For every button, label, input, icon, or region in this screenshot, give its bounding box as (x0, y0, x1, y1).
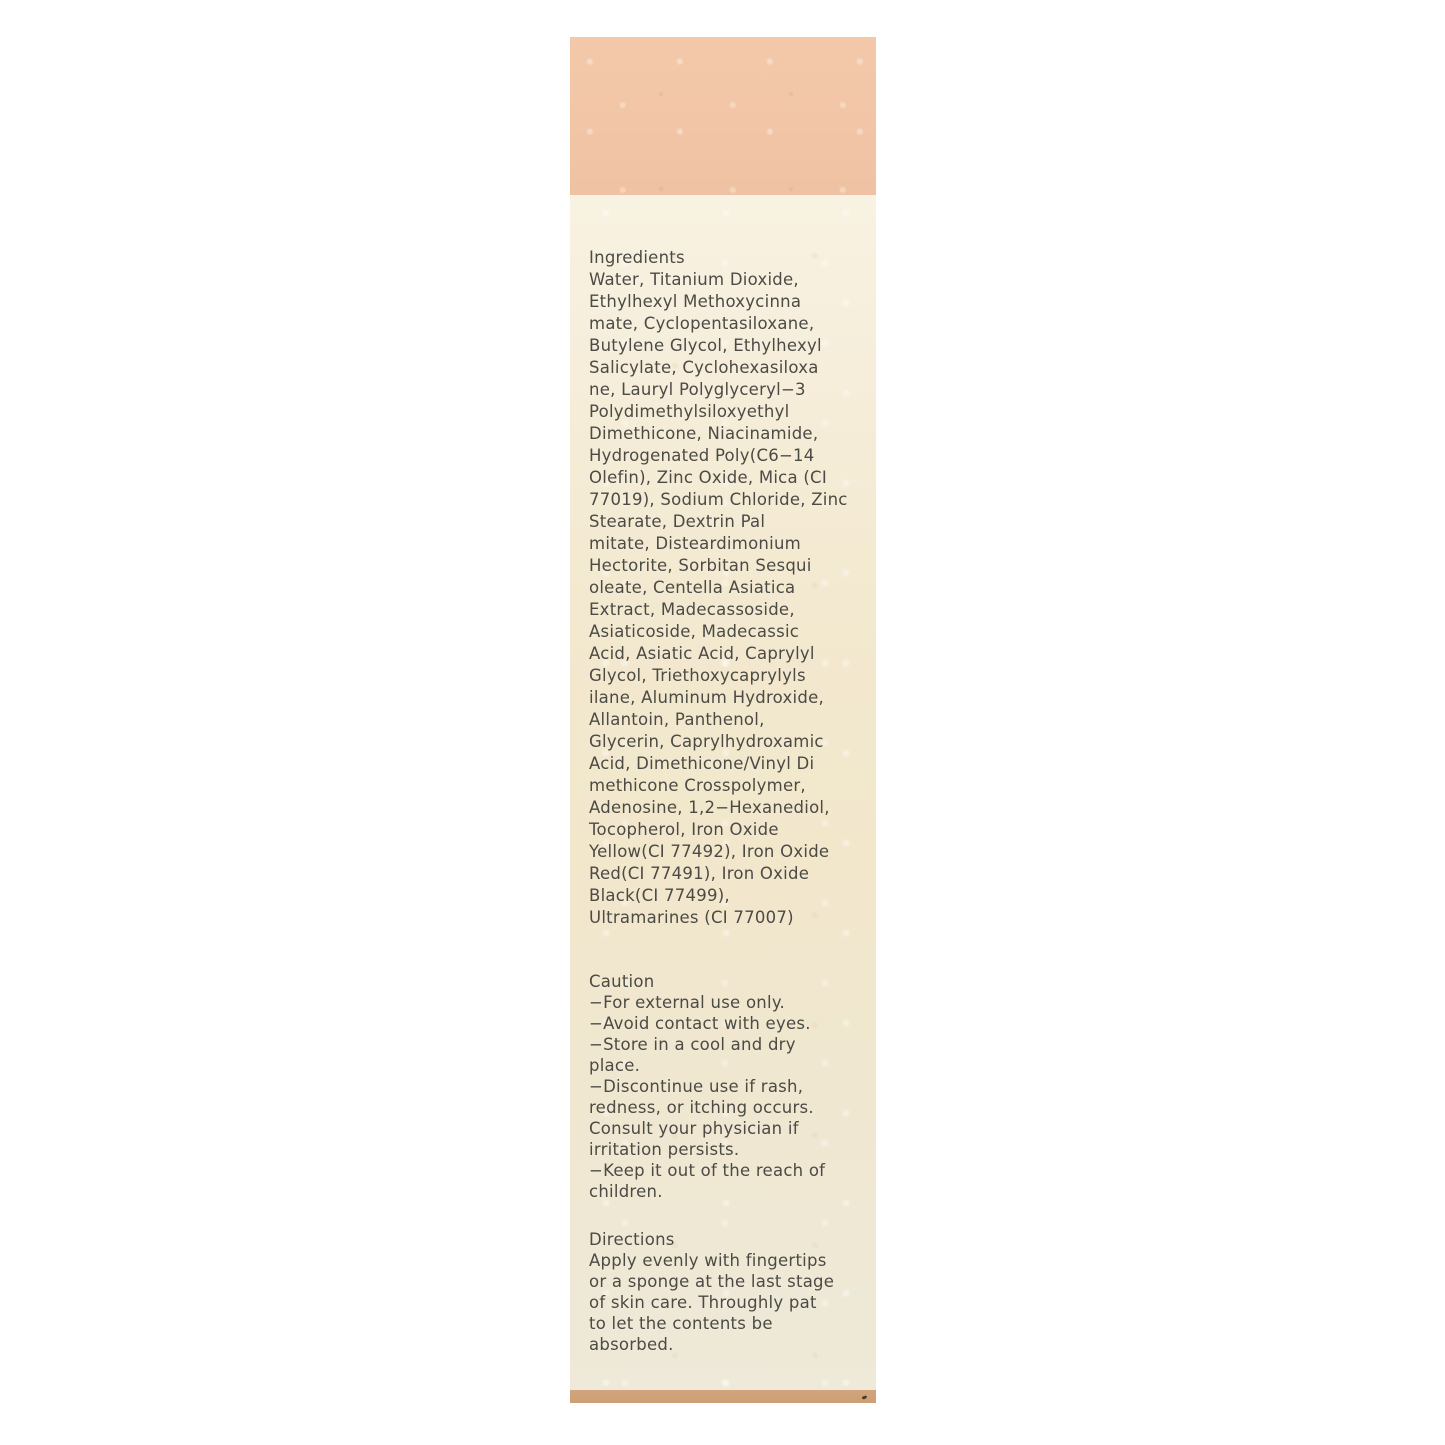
product-box-back-panel: Ingredients Water, Titanium Dioxide, Eth… (570, 37, 876, 1403)
caution-heading: Caution (589, 971, 862, 992)
caution-text: −For external use only. −Avoid contact w… (589, 992, 862, 1202)
box-top-color-band (570, 37, 876, 195)
ingredients-heading: Ingredients (589, 247, 862, 269)
directions-text: Apply evenly with fingertips or a sponge… (589, 1250, 862, 1355)
paper-fiber-speck (862, 1395, 868, 1400)
box-bottom-color-band (570, 1390, 876, 1403)
directions-section: Directions Apply evenly with fingertips … (589, 1229, 862, 1355)
label-paper: Ingredients Water, Titanium Dioxide, Eth… (570, 195, 876, 1390)
directions-heading: Directions (589, 1229, 862, 1250)
product-photo-canvas: Ingredients Water, Titanium Dioxide, Eth… (0, 0, 1445, 1445)
ingredients-text: Water, Titanium Dioxide, Ethylhexyl Meth… (589, 269, 862, 929)
ingredients-section: Ingredients Water, Titanium Dioxide, Eth… (589, 247, 862, 929)
caution-section: Caution −For external use only. −Avoid c… (589, 971, 862, 1202)
